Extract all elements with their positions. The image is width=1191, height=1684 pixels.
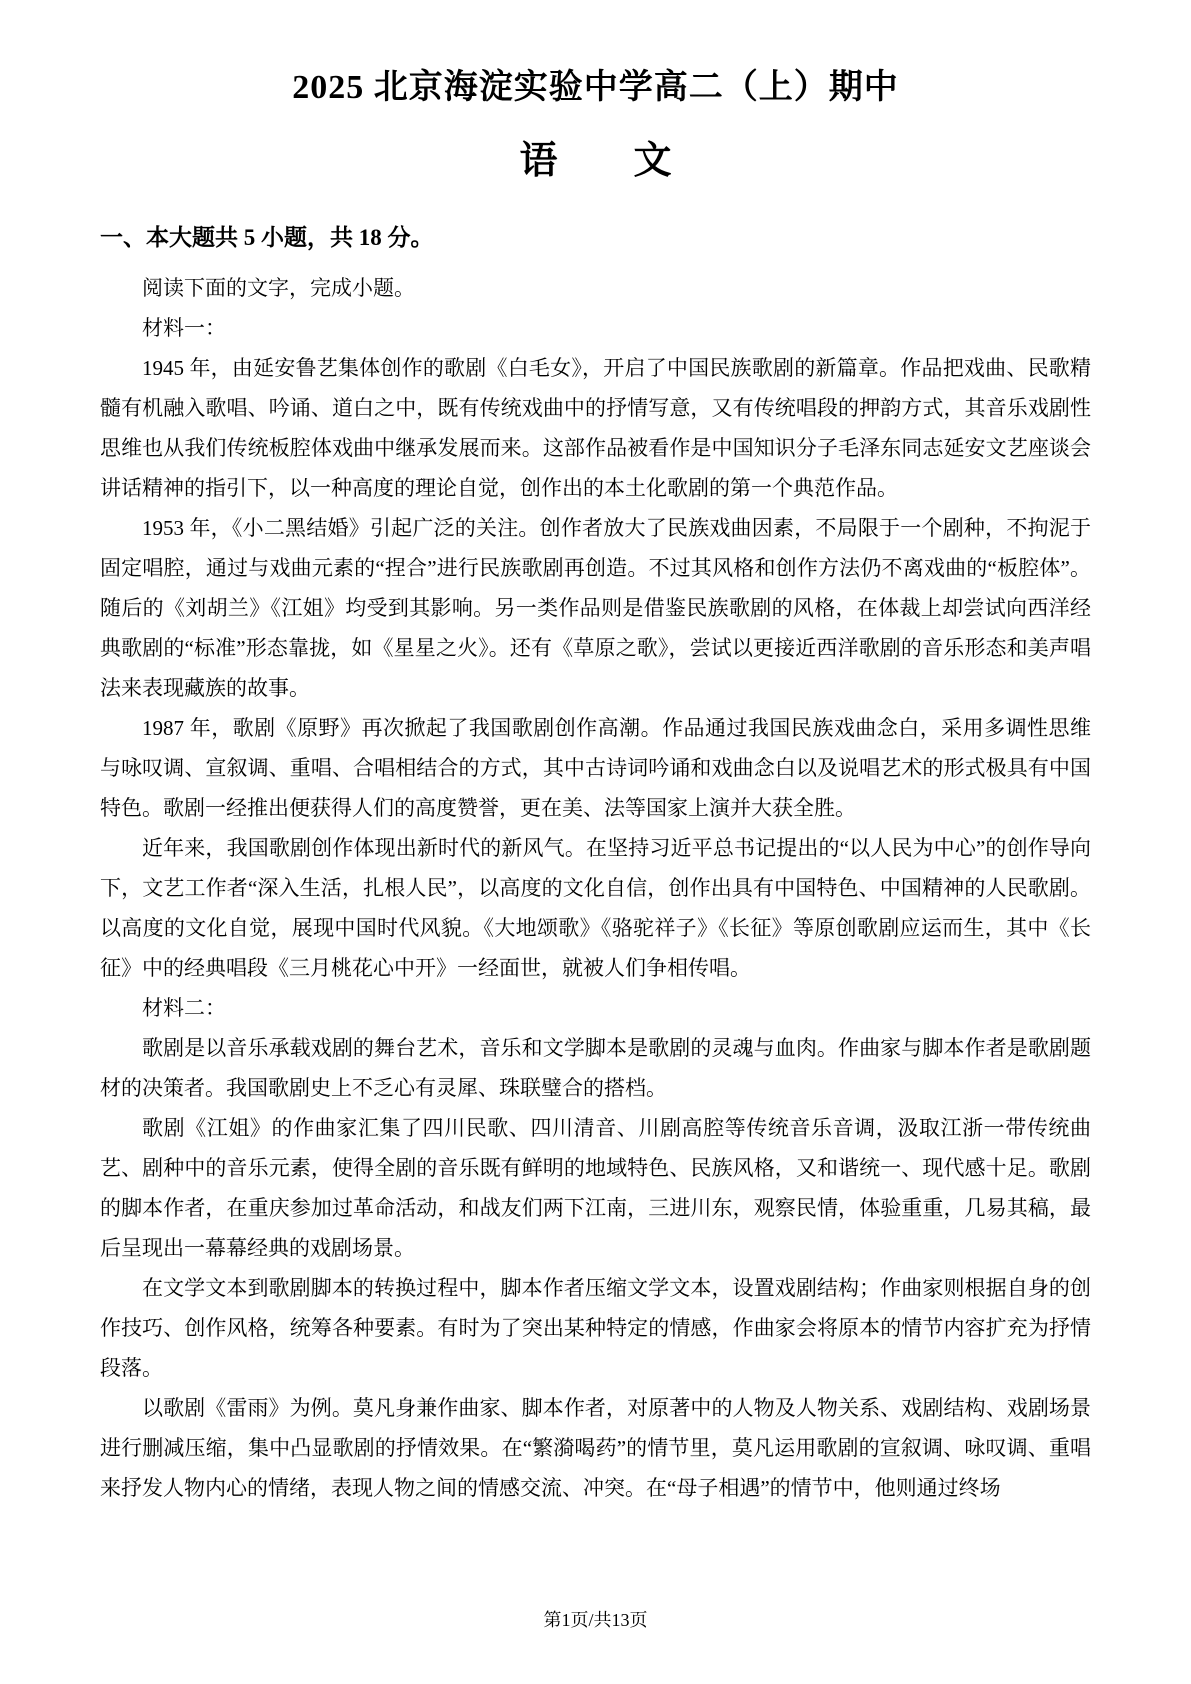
document-page: 2025 北京海淀实验中学高二（上）期中 语 文 一、本大题共 5 小题，共 1… [0,0,1191,1684]
material-one-paragraph-3: 1987 年，歌剧《原野》再次掀起了我国歌剧创作高潮。作品通过我国民族戏曲念白，… [100,708,1091,828]
material-two-paragraph-4: 以歌剧《雷雨》为例。莫凡身兼作曲家、脚本作者，对原著中的人物及人物关系、戏剧结构… [100,1388,1091,1508]
section-one-heading: 一、本大题共 5 小题，共 18 分。 [100,218,1091,258]
document-body: 阅读下面的文字，完成小题。 材料一： 1945 年，由延安鲁艺集体创作的歌剧《白… [100,268,1091,1508]
document-subject: 语 文 [100,139,1091,185]
material-one-paragraph-2: 1953 年，《小二黑结婚》引起广泛的关注。创作者放大了民族戏曲因素，不局限于一… [100,508,1091,708]
reading-intro-line: 阅读下面的文字，完成小题。 [100,268,1091,308]
page-number-indicator: 第1页/共13页 [0,1606,1191,1632]
document-title: 2025 北京海淀实验中学高二（上）期中 [100,68,1091,109]
material-two-label: 材料二： [100,988,1091,1028]
material-one-paragraph-1: 1945 年，由延安鲁艺集体创作的歌剧《白毛女》，开启了中国民族歌剧的新篇章。作… [100,348,1091,508]
material-two-paragraph-3: 在文学文本到歌剧脚本的转换过程中，脚本作者压缩文学文本，设置戏剧结构；作曲家则根… [100,1268,1091,1388]
material-one-paragraph-4: 近年来，我国歌剧创作体现出新时代的新风气。在坚持习近平总书记提出的“以人民为中心… [100,828,1091,988]
material-two-paragraph-1: 歌剧是以音乐承载戏剧的舞台艺术，音乐和文学脚本是歌剧的灵魂与血肉。作曲家与脚本作… [100,1028,1091,1108]
material-two-paragraph-2: 歌剧《江姐》的作曲家汇集了四川民歌、四川清音、川剧高腔等传统音乐音调，汲取江浙一… [100,1108,1091,1268]
material-one-label: 材料一： [100,308,1091,348]
